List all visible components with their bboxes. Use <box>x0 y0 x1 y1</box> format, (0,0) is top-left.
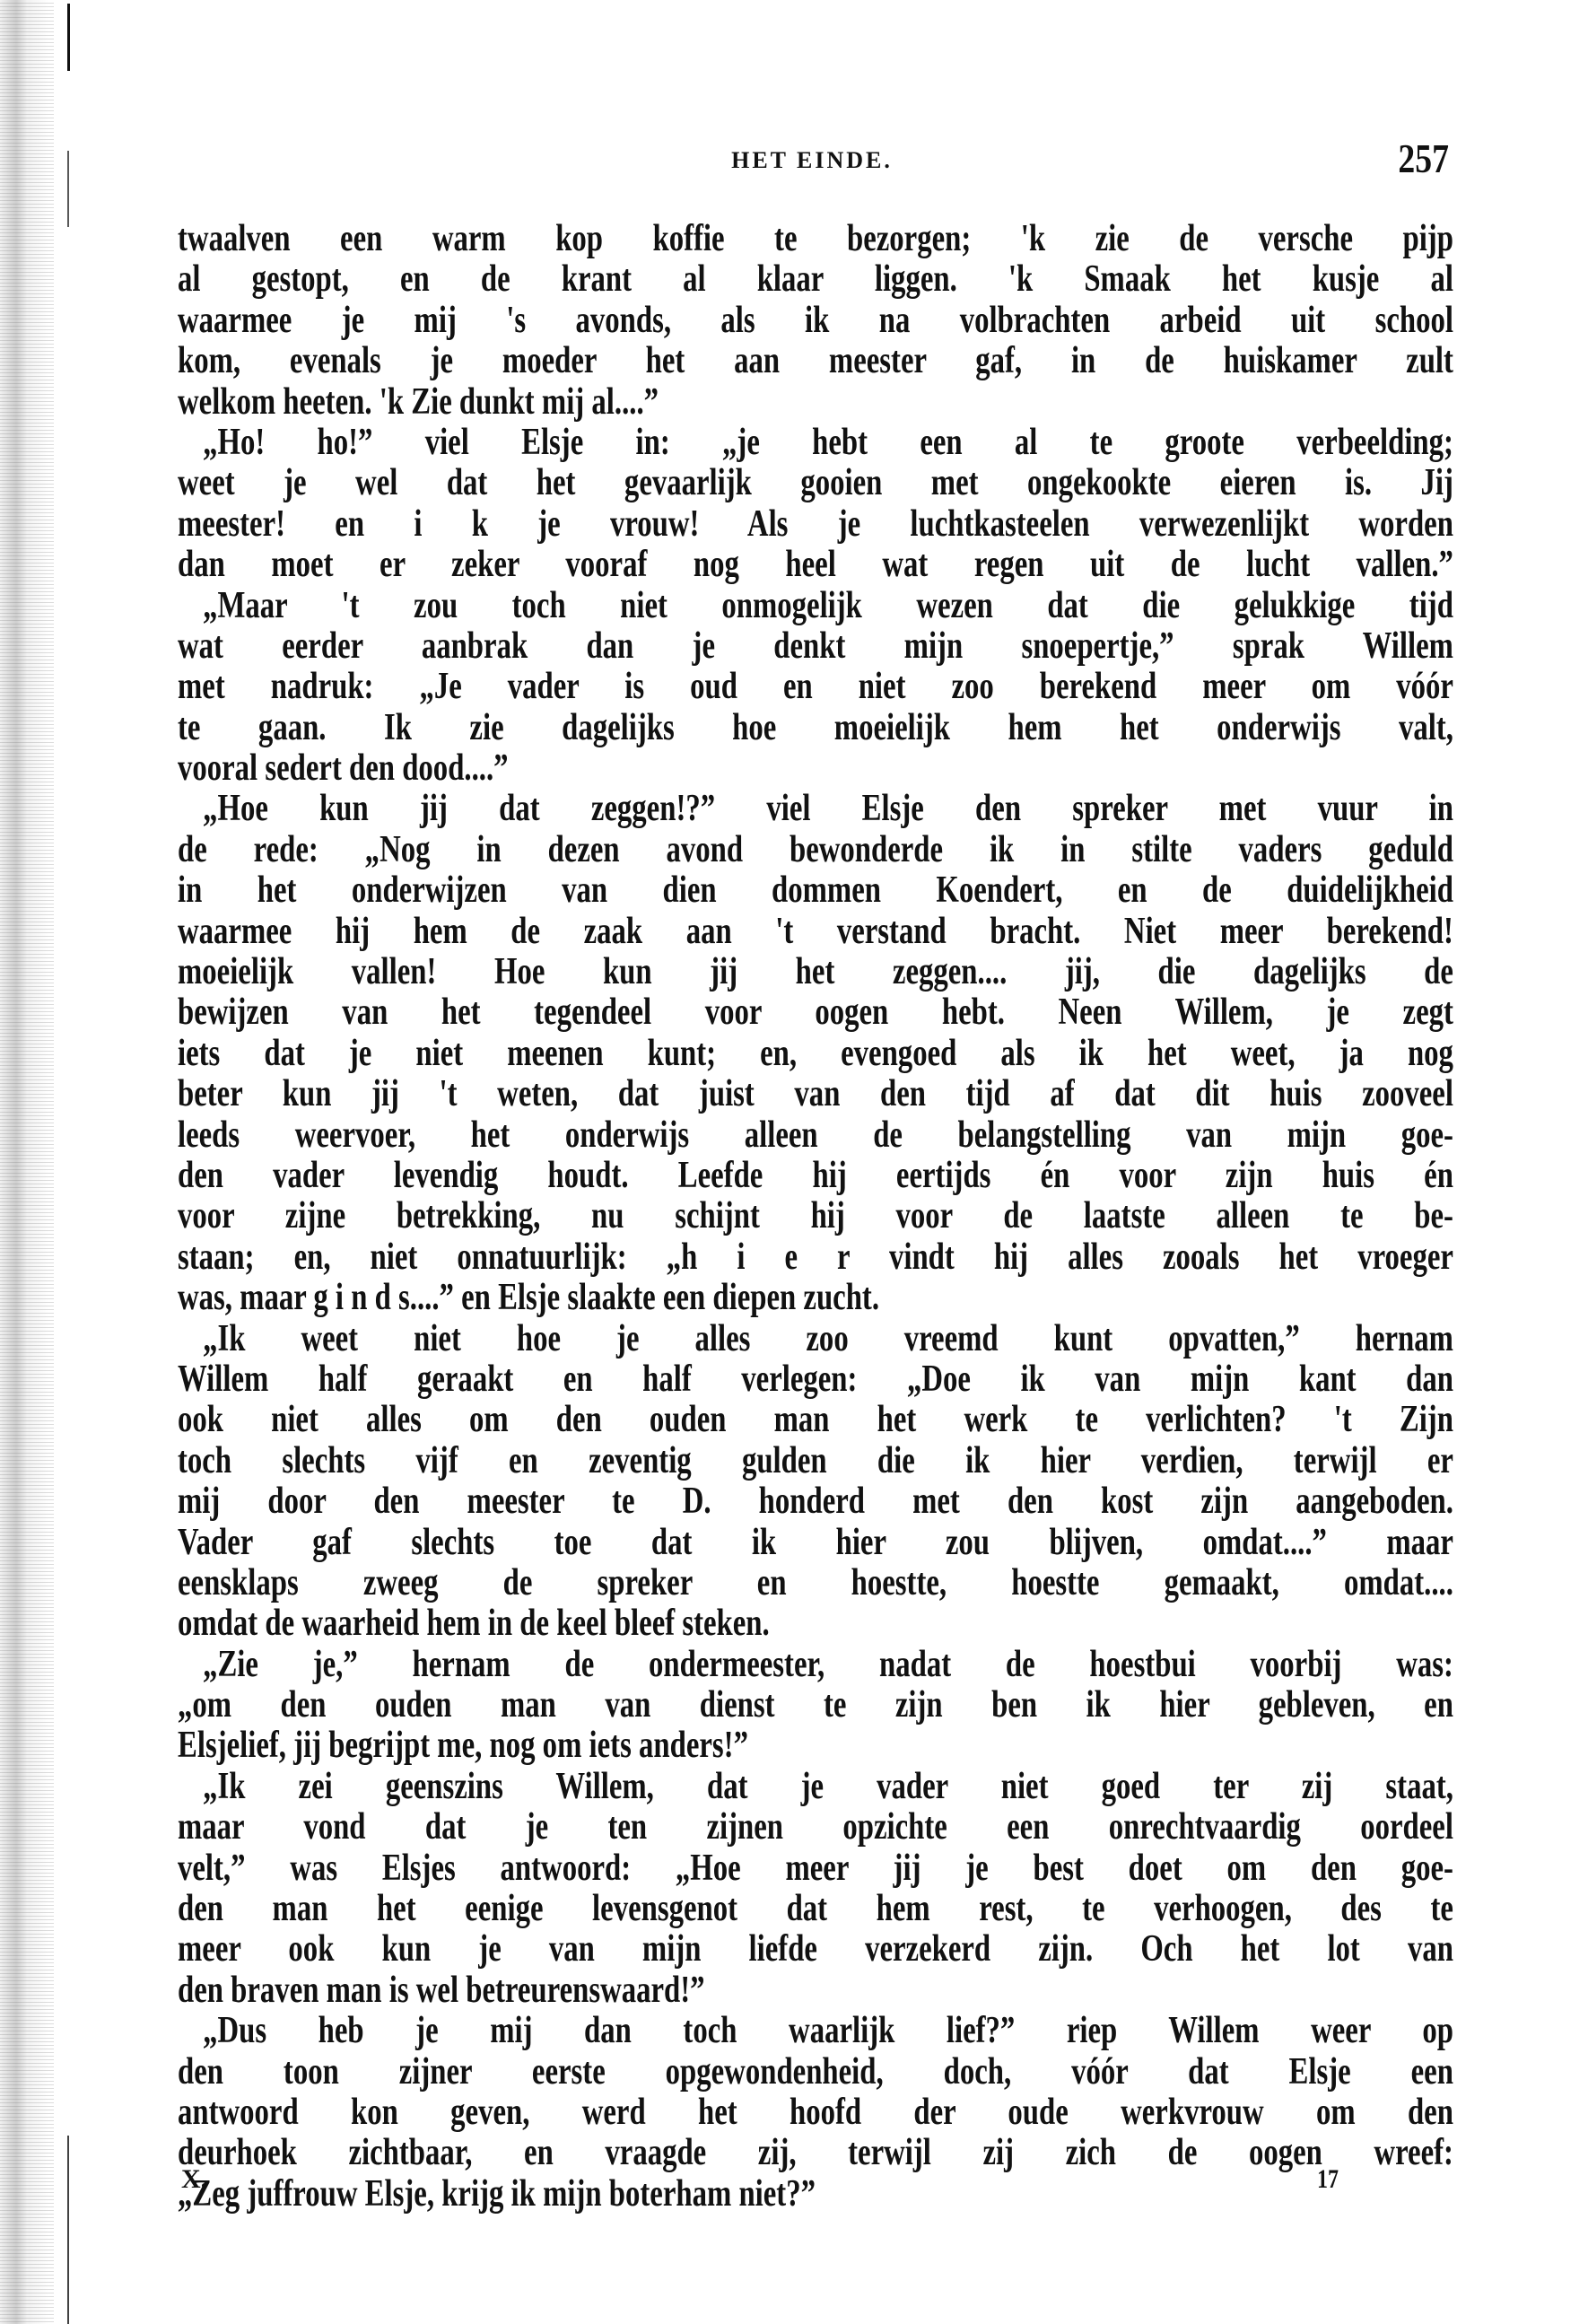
text-line: beter kun jij 't weten, dat juist van de… <box>178 1074 1453 1114</box>
text-line: Vader gaf slechts toe dat ik hier zou bl… <box>178 1523 1453 1563</box>
text-line: „Ik weet niet hoe je alles zoo vreemd ku… <box>178 1319 1453 1359</box>
sheet-number: 17 <box>1317 2164 1339 2195</box>
signature-mark: X. <box>181 2164 207 2195</box>
text-line: kom, evenals je moeder het aan meester g… <box>178 341 1453 381</box>
text-line: den vader levendig houdt. Leefde hij eer… <box>178 1156 1453 1196</box>
text-line: den man het eenige levensgenot dat hem r… <box>178 1889 1453 1929</box>
text-line: antwoord kon geven, werd het hoofd der o… <box>178 2092 1453 2133</box>
text-line: voor zijne betrekking, nu schijnt hij vo… <box>178 1196 1453 1236</box>
text-line: iets dat je niet meenen kunt; en, evengo… <box>178 1034 1453 1074</box>
text-line: „om den ouden man van dienst te zijn ben… <box>178 1685 1453 1726</box>
running-title: HET EINDE. <box>161 147 1462 174</box>
text-line: „Hoe kun jij dat zeggen!?” viel Elsje de… <box>178 789 1453 829</box>
text-line: vooral sedert den dood....” <box>178 748 1453 789</box>
text-line: den toon zijner eerste opgewondenheid, d… <box>178 2052 1453 2092</box>
text-line: was, maar g i n d s....” en Elsje slaakt… <box>178 1278 1453 1318</box>
text-line: weet je wel dat het gevaarlijk gooien me… <box>178 463 1453 503</box>
text-line: maar vond dat je ten zijnen opzichte een… <box>178 1807 1453 1848</box>
text-line: meer ook kun je van mijn liefde verzeker… <box>178 1929 1453 1970</box>
gutter-line <box>67 2136 69 2324</box>
gutter-line <box>67 151 69 227</box>
text-line: de rede: „Nog in dezen avond bewonderde … <box>178 830 1453 870</box>
body-text: twaalven een warm kop koffie te bezorgen… <box>178 219 1453 2215</box>
text-line: staan; en, niet onnatuurlijk: „h i e r v… <box>178 1237 1453 1278</box>
text-line: Elsjelief, jij begrijpt me, nog om iets … <box>178 1726 1453 1766</box>
text-line: mij door den meester te D. honderd met d… <box>178 1481 1453 1522</box>
text-line: Willem half geraakt en half verlegen: „D… <box>178 1359 1453 1400</box>
text-line: twaalven een warm kop koffie te bezorgen… <box>178 219 1453 259</box>
text-line: moeielijk vallen! Hoe kun jij het zeggen… <box>178 952 1453 992</box>
text-line: toch slechts vijf en zeventig gulden die… <box>178 1441 1453 1481</box>
page-number: 257 <box>1398 135 1449 182</box>
text-line: dan moet er zeker vooraf nog heel wat re… <box>178 545 1453 585</box>
text-line: in het onderwijzen van dien dommen Koend… <box>178 870 1453 911</box>
text-line: waarmee je mij 's avonds, als ik na volb… <box>178 301 1453 341</box>
text-line: welkom heeten. 'k Zie dunkt mij al....” <box>178 382 1453 423</box>
text-line: met nadruk: „Je vader is oud en niet zoo… <box>178 667 1453 707</box>
text-line: „Zie je,” hernam de ondermeester, nadat … <box>178 1645 1453 1685</box>
text-line: „Maar 't zou toch niet onmogelijk wezen … <box>178 586 1453 626</box>
scan-edge-noise <box>0 0 54 2324</box>
text-line: eensklaps zweeg de spreker en hoestte, h… <box>178 1563 1453 1603</box>
text-line: omdat de waarheid hem in de keel bleef s… <box>178 1603 1453 1644</box>
text-line: den braven man is wel betreurenswaard!” <box>178 1970 1453 2011</box>
text-line: bewijzen van het tegendeel voor oogen he… <box>178 992 1453 1033</box>
text-line: „Dus heb je mij dan toch waarlijk lief?”… <box>178 2011 1453 2051</box>
text-line: waarmee hij hem de zaak aan 't verstand … <box>178 912 1453 952</box>
text-line: velt,” was Elsjes antwoord: „Hoe meer ji… <box>178 1848 1453 1889</box>
text-line: al gestopt, en de krant al klaar liggen.… <box>178 259 1453 300</box>
text-line: te gaan. Ik zie dagelijks hoe moeielijk … <box>178 708 1453 748</box>
page-footer: X. 17 <box>161 2164 1462 2209</box>
text-line: ook niet alles om den ouden man het werk… <box>178 1400 1453 1440</box>
text-line: „Ho! ho!” viel Elsje in: „je hebt een al… <box>178 423 1453 463</box>
text-line: meester! en i k je vrouw! Als je luchtka… <box>178 504 1453 545</box>
running-head: HET EINDE. 257 <box>161 135 1462 188</box>
text-line: leeds weervoer, het onderwijs alleen de … <box>178 1115 1453 1156</box>
gutter-line <box>67 4 70 71</box>
text-line: „Ik zei geenszins Willem, dat je vader n… <box>178 1767 1453 1807</box>
text-line: wat eerder aanbrak dan je denkt mijn sno… <box>178 626 1453 667</box>
